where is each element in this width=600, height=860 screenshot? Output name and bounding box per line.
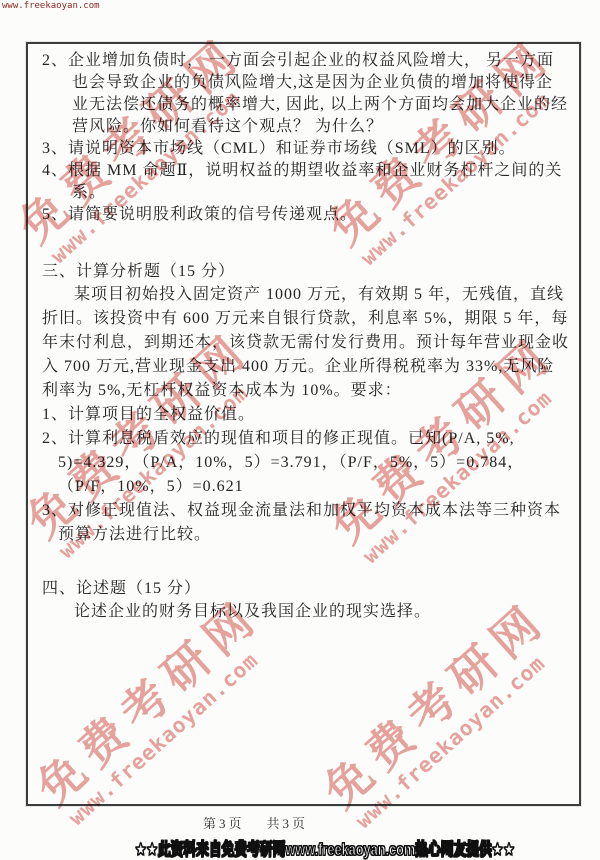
question-text: 计算项目的全权益价值。 — [68, 406, 255, 423]
question-text: 请简要说明股利政策的信号传递观点。 — [68, 206, 357, 223]
question-number: 1、 — [42, 406, 68, 423]
page-number-current: 第3页 — [203, 816, 245, 831]
calc-subitem-1: 1、计算项目的全权益价值。 — [42, 403, 569, 427]
calculation-intro-paragraph: 某项目初始投入固定资产 1000 万元，有效期 5 年，无残值，直线折旧。该投资… — [42, 283, 569, 403]
question-text: 计算利息税盾效应的现值和项目的修正现值。已知(P/A, 5%, 5)=4.329… — [58, 430, 524, 495]
question-number: 5、 — [42, 206, 68, 223]
calc-subitem-3: 3、对修正现值法、权益现金流量法和加权平均资本成本法等三种资本预算方法进行比较。 — [42, 499, 569, 547]
section-heading-calculation: 三、计算分析题（15 分） — [42, 260, 569, 283]
question-item-2: 2、企业增加负债时， 一方面会引起企业的权益风险增大， 另一方面也会导致企业的负… — [42, 50, 569, 138]
essay-body-text: 论述企业的财务目标以及我国企业的现实选择。 — [42, 600, 569, 624]
section-heading-essay: 四、论述题（15 分） — [42, 577, 569, 600]
scanned-exam-page: { "page": { "corner_link": "www.freekaoy… — [0, 0, 600, 860]
question-number: 4、 — [42, 162, 68, 179]
exam-content-box: 2、企业增加负债时， 一方面会引起企业的权益风险增大， 另一方面也会导致企业的负… — [26, 42, 581, 806]
question-number: 3、 — [42, 502, 68, 519]
question-text: 企业增加负债时， 一方面会引起企业的权益风险增大， 另一方面也会导致企业的负债风… — [68, 52, 568, 135]
question-text: 根据 MM 命题Ⅱ，说明权益的期望收益率和企业财务杠杆之间的关系。 — [68, 162, 562, 201]
corner-url-text: www.freekaoyan.com — [2, 1, 100, 11]
question-number: 2、 — [42, 430, 68, 447]
bottom-credit-banner: ★★此资料来自免费考研网www.freekaoyan.com热心网友提供★★ — [135, 835, 515, 860]
page-number-total: 共3页 — [267, 816, 309, 831]
question-number: 3、 — [42, 140, 68, 157]
question-item-4: 4、根据 MM 命题Ⅱ，说明权益的期望收益率和企业财务杠杆之间的关系。 — [42, 160, 569, 204]
question-item-3: 3、请说明资本市场线（CML）和证券市场线（SML）的区别。 — [42, 138, 569, 160]
question-number: 2、 — [42, 52, 68, 69]
question-text: 对修正现值法、权益现金流量法和加权平均资本成本法等三种资本预算方法进行比较。 — [58, 502, 561, 543]
question-text: 请说明资本市场线（CML）和证券市场线（SML）的区别。 — [68, 140, 516, 157]
question-item-5: 5、请简要说明股利政策的信号传递观点。 — [42, 204, 569, 226]
page-footer: 第3页共3页 — [203, 813, 308, 832]
calc-subitem-2: 2、计算利息税盾效应的现值和项目的修正现值。已知(P/A, 5%, 5)=4.3… — [42, 427, 569, 499]
